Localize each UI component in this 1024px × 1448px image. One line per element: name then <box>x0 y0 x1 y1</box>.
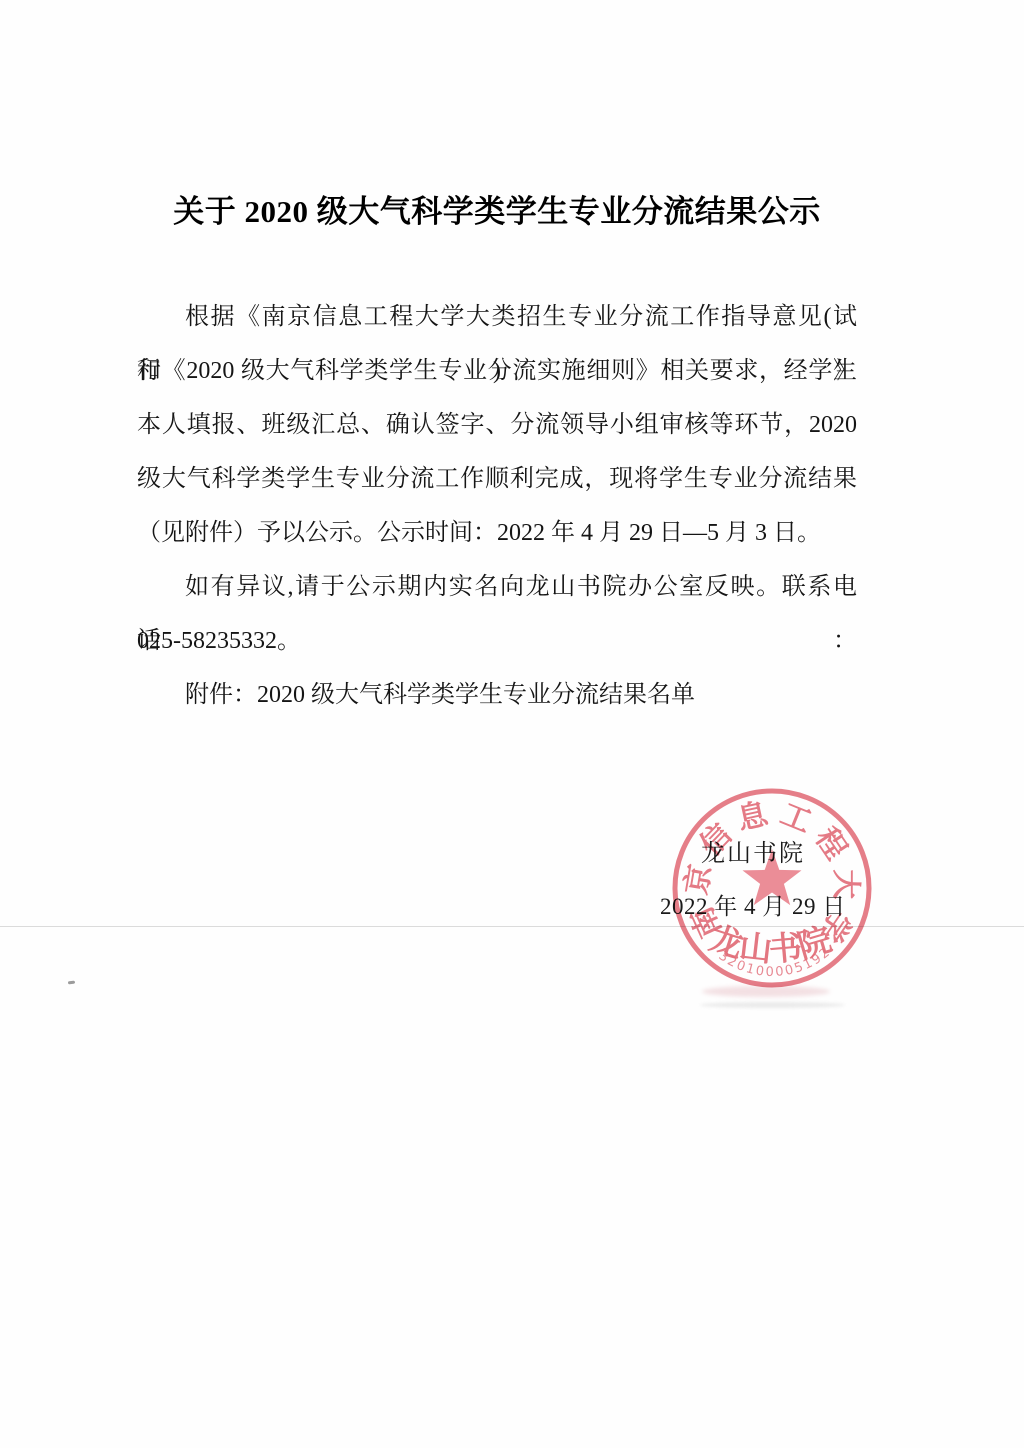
body-line: 和《2020 级大气科学类学生专业分流实施细则》相关要求，经学生 <box>137 344 857 398</box>
document-body: 根据《南京信息工程大学大类招生专业分流工作指导意见(试行)》 和《2020 级大… <box>137 290 857 722</box>
official-seal: 南京信息工程大学 龙山书院 3201000051927 <box>660 776 884 1004</box>
attachment-line: 附件：2020 级大气科学类学生专业分流结果名单 <box>137 668 857 722</box>
body-line: 本人填报、班级汇总、确认签字、分流领导小组审核等环节，2020 <box>137 398 857 452</box>
body-line: 如有异议,请于公示期内实名向龙山书院办公室反映。联系电话： <box>137 560 857 614</box>
page-title: 关于 2020 级大气科学类学生专业分流结果公示 <box>137 186 857 231</box>
ink-speck-artifact <box>68 981 75 985</box>
body-line: 根据《南京信息工程大学大类招生专业分流工作指导意见(试行)》 <box>137 290 857 344</box>
body-line: 级大气科学类学生专业分流工作顺利完成，现将学生专业分流结果 <box>137 452 857 506</box>
document-page: 关于 2020 级大气科学类学生专业分流结果公示 根据《南京信息工程大学大类招生… <box>0 0 1024 1448</box>
seal-star-icon <box>743 849 802 905</box>
body-line: （见附件）予以公示。公示时间：2022 年 4 月 29 日—5 月 3 日。 <box>137 506 857 560</box>
